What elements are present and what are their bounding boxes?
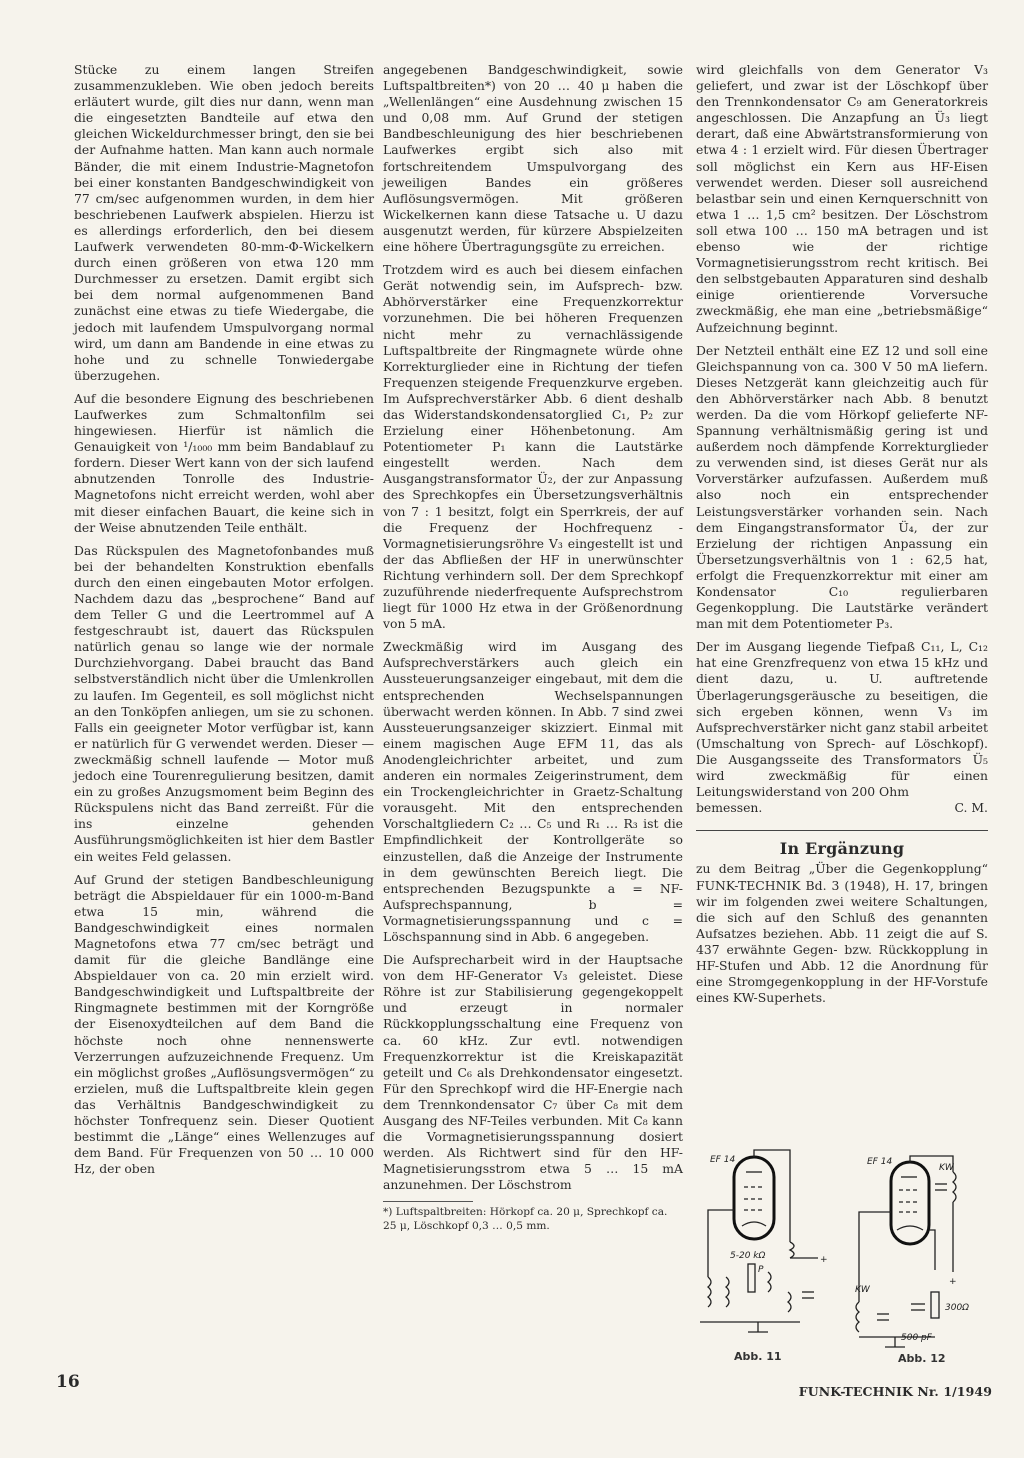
- svg-text:300Ω: 300Ω: [945, 1303, 969, 1313]
- paragraph: Auf die besondere Eignung des beschriebe…: [74, 391, 374, 536]
- svg-text:500 pF: 500 pF: [901, 1333, 933, 1343]
- supplement-text: zu dem Beitrag „Über die Gegenkopplung“ …: [696, 861, 988, 1006]
- supplement-heading: In Ergänzung: [696, 841, 988, 857]
- paragraph: Der Netzteil enthält eine EZ 12 und soll…: [696, 343, 988, 633]
- svg-text:+: +: [949, 1277, 957, 1287]
- journal-reference: FUNK-TECHNIK Nr. 1/1949: [799, 1384, 992, 1399]
- circuit-diagram-abb-11: EF 14 + 5-20 kΩ P: [690, 1142, 840, 1372]
- section-divider: [696, 830, 988, 831]
- svg-text:KW: KW: [939, 1163, 955, 1173]
- figure-caption: Abb. 12: [898, 1352, 946, 1365]
- last-line: bemessen.: [696, 800, 762, 816]
- article-column-3: wird gleichfalls von dem Generator V₃ ge…: [696, 62, 988, 1013]
- paragraph: Das Rückspulen des Magnetofonbandes muß …: [74, 543, 374, 865]
- svg-text:5-20 kΩ: 5-20 kΩ: [730, 1251, 765, 1261]
- circuit-figures: EF 14 + 5-20 kΩ P Abb. 11 EF 14 KW: [690, 1142, 1000, 1372]
- tube-label: EF 14: [710, 1155, 735, 1165]
- svg-text:EF 14: EF 14: [867, 1157, 892, 1167]
- page-number: 16: [56, 1372, 80, 1392]
- paragraph: Die Aufsprecharbeit wird in der Hauptsac…: [383, 952, 683, 1193]
- paragraph: Trotzdem wird es auch bei diesem einfach…: [383, 262, 683, 632]
- footnote: *) Luftspaltbreiten: Hörkopf ca. 20 μ, S…: [383, 1206, 683, 1233]
- footnote-divider: [383, 1201, 473, 1202]
- paragraph: Stücke zu einem langen Streifen zusammen…: [74, 62, 374, 384]
- paragraph: Der im Ausgang liegende Tiefpaß C₁₁, L, …: [696, 639, 988, 800]
- author-signature-row: bemessen. C. M.: [696, 800, 988, 816]
- author-signature: C. M.: [954, 800, 988, 816]
- paragraph: Zweckmäßig wird im Ausgang des Aufsprech…: [383, 639, 683, 945]
- svg-text:KW: KW: [855, 1285, 871, 1295]
- paragraph: wird gleichfalls von dem Generator V₃ ge…: [696, 62, 988, 336]
- paragraph: Auf Grund der stetigen Bandbeschleunigun…: [74, 872, 374, 1178]
- svg-text:+: +: [820, 1255, 828, 1265]
- paragraph: angegebenen Bandgeschwindigkeit, sowie L…: [383, 62, 683, 255]
- article-column-1: Stücke zu einem langen Streifen zusammen…: [74, 62, 374, 1184]
- circuit-diagram-abb-12: EF 14 KW + KW 500 pF 300Ω: [855, 1142, 1005, 1372]
- article-column-2: angegebenen Bandgeschwindigkeit, sowie L…: [383, 62, 683, 1233]
- svg-text:P: P: [758, 1265, 764, 1275]
- figure-caption: Abb. 11: [734, 1350, 782, 1363]
